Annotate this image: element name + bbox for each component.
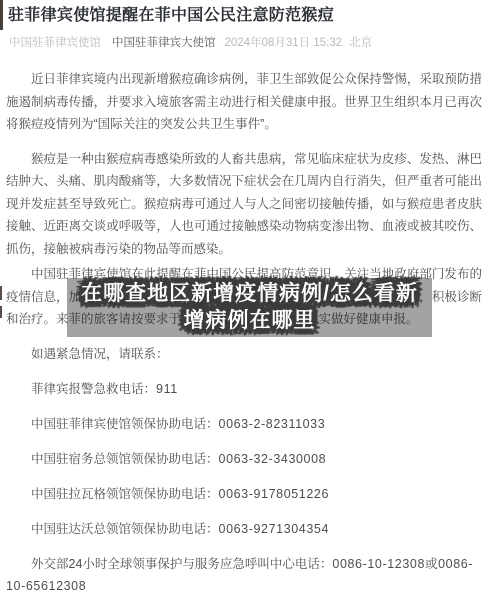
publish-location: 北京 [349,37,372,49]
contact-line-davao: 中国驻达沃总领馆领保协助电话：0063-9271304354 [6,518,482,541]
contact-line-cebu: 中国驻宿务总领馆领保协助电话：0063-32-3430008 [6,448,482,471]
overlay-text-line2: 增病例在哪里 [67,307,432,334]
contact-label: 中国驻达沃总领馆领保协助电话： [31,522,219,536]
article-meta: 中国驻菲律宾使馆中国驻菲律宾大使馆2024年08月31日 15:32北京 [0,36,500,51]
contact-line-mfa-hotline: 外交部24小时全球领事保护与服务应急呼叫中心电话：0086-10-12308或0… [6,553,482,598]
contact-label: 中国驻菲律宾使馆领保协助电话： [31,417,219,431]
account-name-link[interactable]: 中国驻菲律宾大使馆 [112,37,216,49]
emergency-intro: 如遇紧急情况，请联系： [6,343,482,366]
contact-label: 中国驻宿务总领馆领保协助电话： [31,452,219,466]
screenshot-edge-artifact-mid1 [0,286,2,300]
contact-line-embassy: 中国驻菲律宾使馆领保协助电话：0063-2-82311033 [6,413,482,436]
contact-label: 中国驻拉瓦格领馆领保协助电话： [31,487,219,501]
paragraph-news: 近日菲律宾境内出现新增猴痘确诊病例，菲卫生部敦促公众保持警惕，采取预防措施遏制病… [6,68,482,136]
spam-overlay: 在哪查地区新增疫情病例/怎么看新 增病例在哪里 [67,278,432,337]
publish-datetime: 2024年08月31日 15:32 [225,37,343,49]
contact-line-laoag: 中国驻拉瓦格领馆领保协助电话：0063-9178051226 [6,483,482,506]
source-name: 中国驻菲律宾使馆 [9,37,101,49]
contact-number: 0063-32-3430008 [219,452,327,466]
contact-number: 911 [156,382,178,396]
contact-line-police: 菲律宾报警急救电话：911 [6,378,482,401]
paragraph-disease-info: 猴痘是一种由猴痘病毒感染所致的人畜共患病，常见临床症状为皮疹、发热、淋巴结肿大、… [6,148,482,261]
screenshot-edge-artifact-top [0,0,3,30]
article-page: 驻菲律宾使馆提醒在菲中国公民注意防范猴痘 中国驻菲律宾使馆中国驻菲律宾大使馆20… [0,0,500,616]
contact-number: 0063-9271304354 [219,522,330,536]
overlay-text-line1: 在哪查地区新增疫情病例/怎么看新 [67,280,432,307]
contact-number: 0063-2-82311033 [219,417,326,431]
contact-label: 外交部24小时全球领事保护与服务应急呼叫中心电话： [31,557,332,571]
contact-label: 菲律宾报警急救电话： [31,382,156,396]
page-title: 驻菲律宾使馆提醒在菲中国公民注意防范猴痘 [0,0,500,27]
contact-number: 0063-9178051226 [219,487,330,501]
screenshot-edge-artifact-mid2 [0,306,2,318]
